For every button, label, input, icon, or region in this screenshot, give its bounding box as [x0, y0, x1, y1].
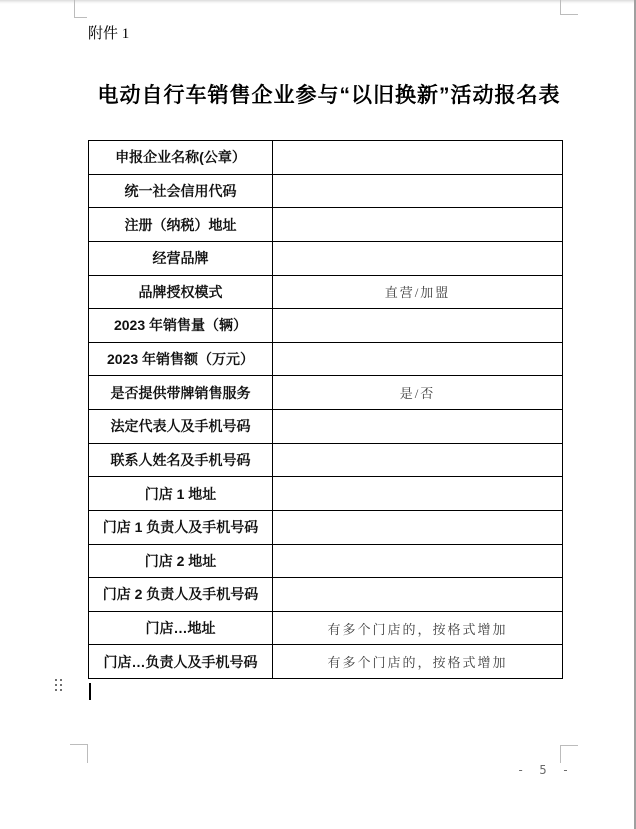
table-row: 申报企业名称(公章） [89, 141, 563, 175]
table-row: 门店 1 负责人及手机号码 [89, 510, 563, 544]
row-label[interactable]: 门店 2 负责人及手机号码 [89, 578, 273, 612]
table-row: 门店 2 负责人及手机号码 [89, 578, 563, 612]
row-label[interactable]: 申报企业名称(公章） [89, 141, 273, 175]
page-number: - 5 - [505, 763, 585, 777]
table-row: 门店 1 地址 [89, 477, 563, 511]
table-row: 2023 年销售量（辆） [89, 309, 563, 343]
margin-mark-bottom-left [70, 744, 88, 763]
page-top-edge [0, 0, 636, 4]
table-row: 法定代表人及手机号码 [89, 410, 563, 444]
row-value[interactable] [273, 174, 563, 208]
row-label[interactable]: 门店…地址 [89, 611, 273, 645]
margin-mark-top-right [560, 0, 578, 15]
table-row: 2023 年销售额（万元） [89, 342, 563, 376]
row-label[interactable]: 2023 年销售量（辆） [89, 309, 273, 343]
row-label[interactable]: 门店…负责人及手机号码 [89, 645, 273, 679]
row-value[interactable] [273, 443, 563, 477]
table-row: 统一社会信用代码 [89, 174, 563, 208]
row-label[interactable]: 品牌授权模式 [89, 275, 273, 309]
row-value[interactable] [273, 477, 563, 511]
row-label[interactable]: 统一社会信用代码 [89, 174, 273, 208]
margin-mark-top-left [74, 0, 87, 18]
margin-mark-bottom-right [560, 745, 578, 763]
form-table-body: 申报企业名称(公章）统一社会信用代码注册（纳税）地址经营品牌品牌授权模式直营/加… [89, 141, 563, 679]
row-label[interactable]: 注册（纳税）地址 [89, 208, 273, 242]
table-drag-handle-icon[interactable] [55, 679, 64, 693]
table-row: 门店…负责人及手机号码有多个门店的，按格式增加 [89, 645, 563, 679]
table-row: 门店…地址有多个门店的，按格式增加 [89, 611, 563, 645]
row-value[interactable] [273, 342, 563, 376]
row-value[interactable] [273, 241, 563, 275]
row-value[interactable] [273, 309, 563, 343]
registration-form-table: 申报企业名称(公章）统一社会信用代码注册（纳税）地址经营品牌品牌授权模式直营/加… [88, 140, 563, 679]
row-label[interactable]: 经营品牌 [89, 241, 273, 275]
row-value[interactable] [273, 208, 563, 242]
table-row: 经营品牌 [89, 241, 563, 275]
table-row: 品牌授权模式直营/加盟 [89, 275, 563, 309]
table-row: 注册（纳税）地址 [89, 208, 563, 242]
row-label[interactable]: 是否提供带牌销售服务 [89, 376, 273, 410]
row-value[interactable] [273, 578, 563, 612]
row-value[interactable] [273, 410, 563, 444]
document-page: { "page": { "attachment_label": "附件 1", … [0, 0, 636, 829]
row-value[interactable]: 直营/加盟 [273, 275, 563, 309]
row-value[interactable]: 有多个门店的，按格式增加 [273, 611, 563, 645]
attachment-label: 附件 1 [88, 22, 129, 43]
text-cursor [89, 683, 91, 700]
row-value[interactable] [273, 141, 563, 175]
row-value[interactable] [273, 510, 563, 544]
row-label[interactable]: 联系人姓名及手机号码 [89, 443, 273, 477]
row-label[interactable]: 门店 1 地址 [89, 477, 273, 511]
row-label[interactable]: 门店 2 地址 [89, 544, 273, 578]
table-row: 是否提供带牌销售服务是/否 [89, 376, 563, 410]
row-label[interactable]: 门店 1 负责人及手机号码 [89, 510, 273, 544]
page-title: 电动自行车销售企业参与“以旧换新”活动报名表 [88, 79, 570, 109]
row-label[interactable]: 法定代表人及手机号码 [89, 410, 273, 444]
row-value[interactable]: 有多个门店的，按格式增加 [273, 645, 563, 679]
row-label[interactable]: 2023 年销售额（万元） [89, 342, 273, 376]
table-row: 门店 2 地址 [89, 544, 563, 578]
row-value[interactable] [273, 544, 563, 578]
row-value[interactable]: 是/否 [273, 376, 563, 410]
table-row: 联系人姓名及手机号码 [89, 443, 563, 477]
